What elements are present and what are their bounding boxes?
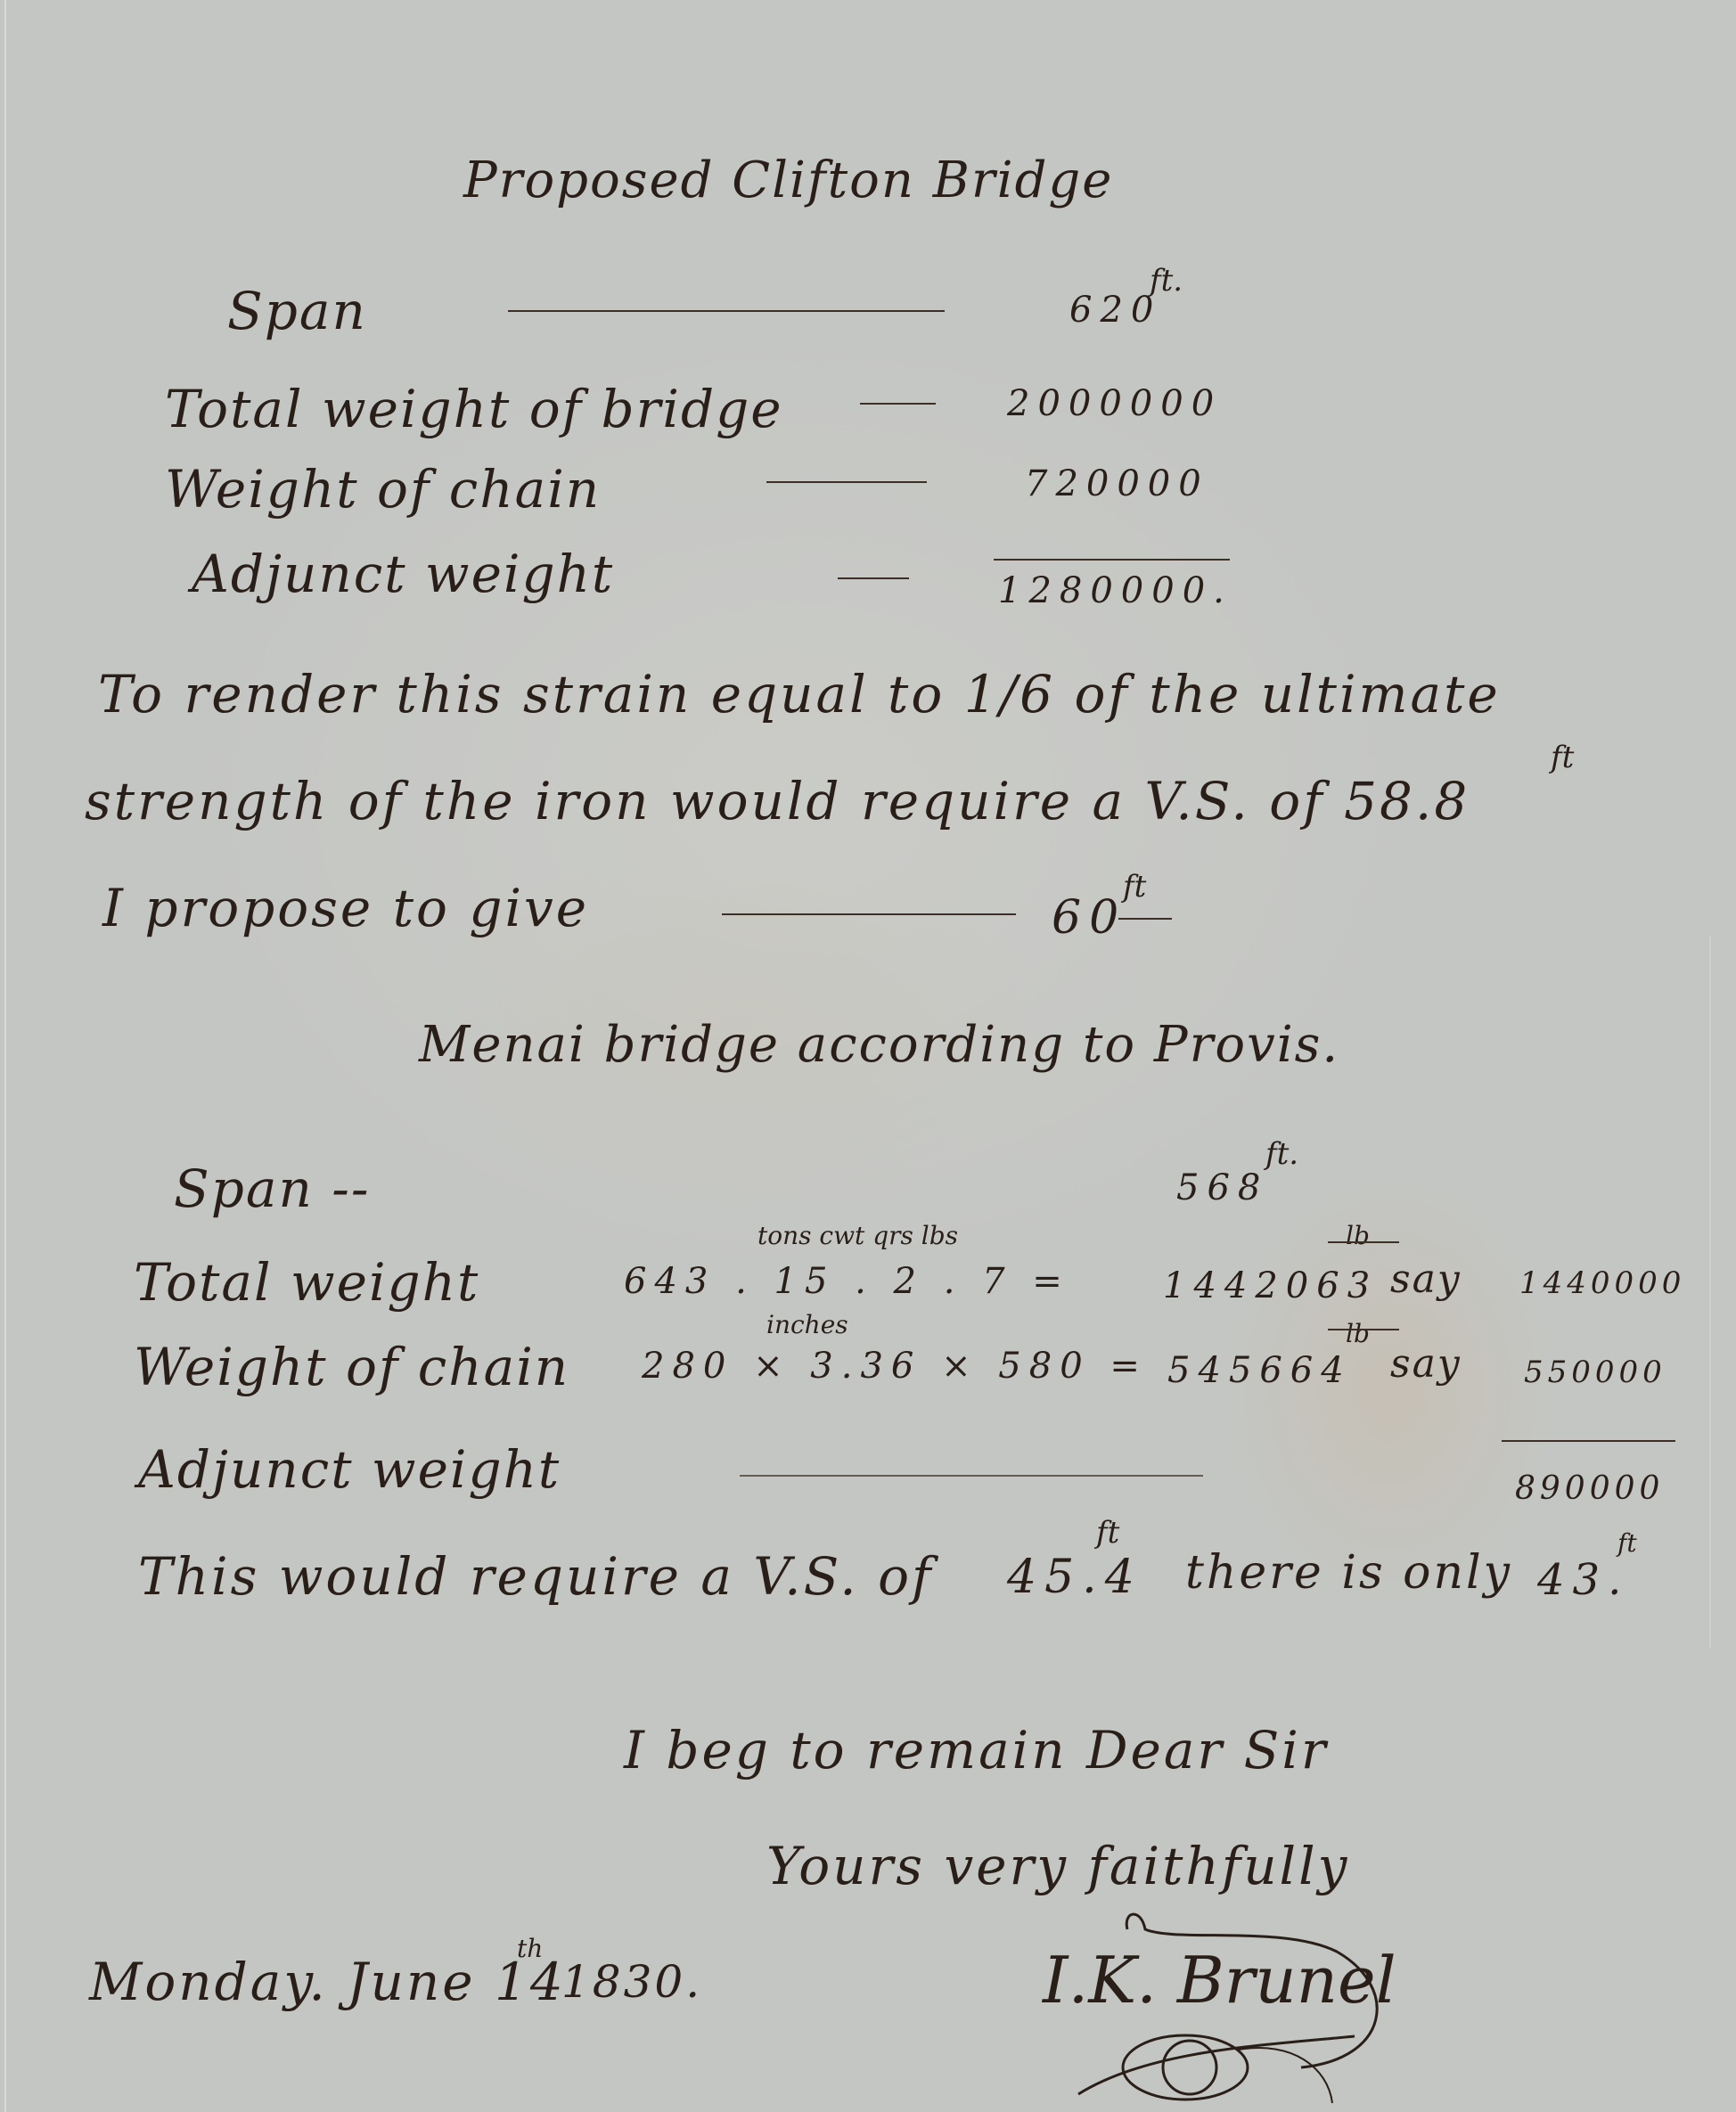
say-label: say — [1390, 1257, 1462, 1302]
unit-bar — [1328, 1241, 1399, 1243]
unit-ft: ft. — [1150, 263, 1183, 299]
closing-line-1: I beg to remain Dear Sir — [624, 1720, 1329, 1780]
required-vs-value: 45.4 — [1007, 1551, 1142, 1604]
row-label-chain-weight: Weight of chain — [134, 1337, 569, 1397]
unit-ft: ft — [1551, 740, 1574, 775]
unit-ft: ft — [1123, 869, 1146, 905]
note-tons-cwt: tons cwt qrs lbs — [757, 1221, 958, 1250]
closing-line-2: Yours very faithfully — [766, 1836, 1349, 1896]
proposal-value: 60 — [1052, 891, 1126, 945]
unit-ft: ft. — [1265, 1136, 1298, 1172]
leader-line — [838, 577, 909, 579]
row-label-chain-weight: Weight of chain — [165, 459, 601, 520]
signature-flourish-icon — [998, 1889, 1462, 2112]
row-value-adjunct-weight: 1280000. — [998, 570, 1232, 611]
conclusion-prefix: This would require a V.S. of — [138, 1546, 934, 1607]
paragraph-line-1: To render this strain equal to 1/6 of th… — [98, 664, 1501, 724]
underline — [1118, 918, 1172, 920]
sum-line — [1502, 1440, 1675, 1442]
proposal-label: I propose to give — [102, 878, 589, 938]
row-value-span: 568 — [1176, 1167, 1268, 1208]
total-weight-calc: 643 . 15 . 2 . 7 = — [624, 1261, 1070, 1302]
leader-line — [766, 481, 927, 483]
adjunct-weight-value: 890000 — [1515, 1470, 1664, 1507]
row-label-span: Span — [227, 281, 367, 341]
leader-line — [860, 403, 936, 405]
section-title-menai: Menai bridge according to Provis. — [419, 1016, 1339, 1074]
row-value-chain-weight: 720000 — [1025, 463, 1209, 504]
unit-lb: lb — [1346, 1319, 1370, 1348]
chain-weight-rounded: 550000 — [1524, 1355, 1666, 1390]
chain-weight-result: 545664 — [1167, 1350, 1352, 1391]
unit-ft: ft — [1617, 1528, 1637, 1558]
row-label-span: Span -- — [174, 1158, 370, 1219]
conclusion-middle: there is only — [1185, 1546, 1512, 1600]
leader-line — [740, 1475, 1203, 1477]
total-weight-rounded: 1440000 — [1519, 1265, 1685, 1301]
leader-line — [722, 913, 1016, 915]
chain-weight-calc: 280 × 3.36 × 580 = — [642, 1346, 1148, 1387]
unit-bar — [1328, 1329, 1399, 1330]
paper-edge — [4, 0, 6, 2112]
row-label-total-weight: Total weight of bridge — [165, 379, 783, 439]
sum-line — [994, 559, 1230, 561]
row-label-adjunct-weight: Adjunct weight — [138, 1439, 561, 1500]
note-inches: inches — [766, 1310, 848, 1339]
date-suffix: th — [517, 1934, 543, 1963]
unit-lb: lb — [1346, 1221, 1370, 1250]
actual-vs-value: 43. — [1537, 1555, 1629, 1605]
row-value-total-weight: 2000000 — [1007, 383, 1222, 424]
say-label: say — [1390, 1341, 1462, 1387]
leader-line — [508, 310, 945, 312]
unit-ft: ft — [1096, 1515, 1119, 1551]
row-label-adjunct-weight: Adjunct weight — [192, 544, 614, 604]
section-title-clifton: Proposed Clifton Bridge — [463, 151, 1113, 209]
total-weight-result: 1442063 — [1163, 1265, 1378, 1306]
paragraph-line-2: strength of the iron would require a V.S… — [85, 771, 1470, 831]
row-value-span: 620 — [1069, 290, 1161, 331]
paper-fold — [1709, 936, 1711, 1649]
row-label-total-weight: Total weight — [134, 1252, 479, 1313]
date-year: 1830. — [561, 1956, 702, 2008]
date-day: Monday. June 14 — [89, 1952, 566, 2012]
